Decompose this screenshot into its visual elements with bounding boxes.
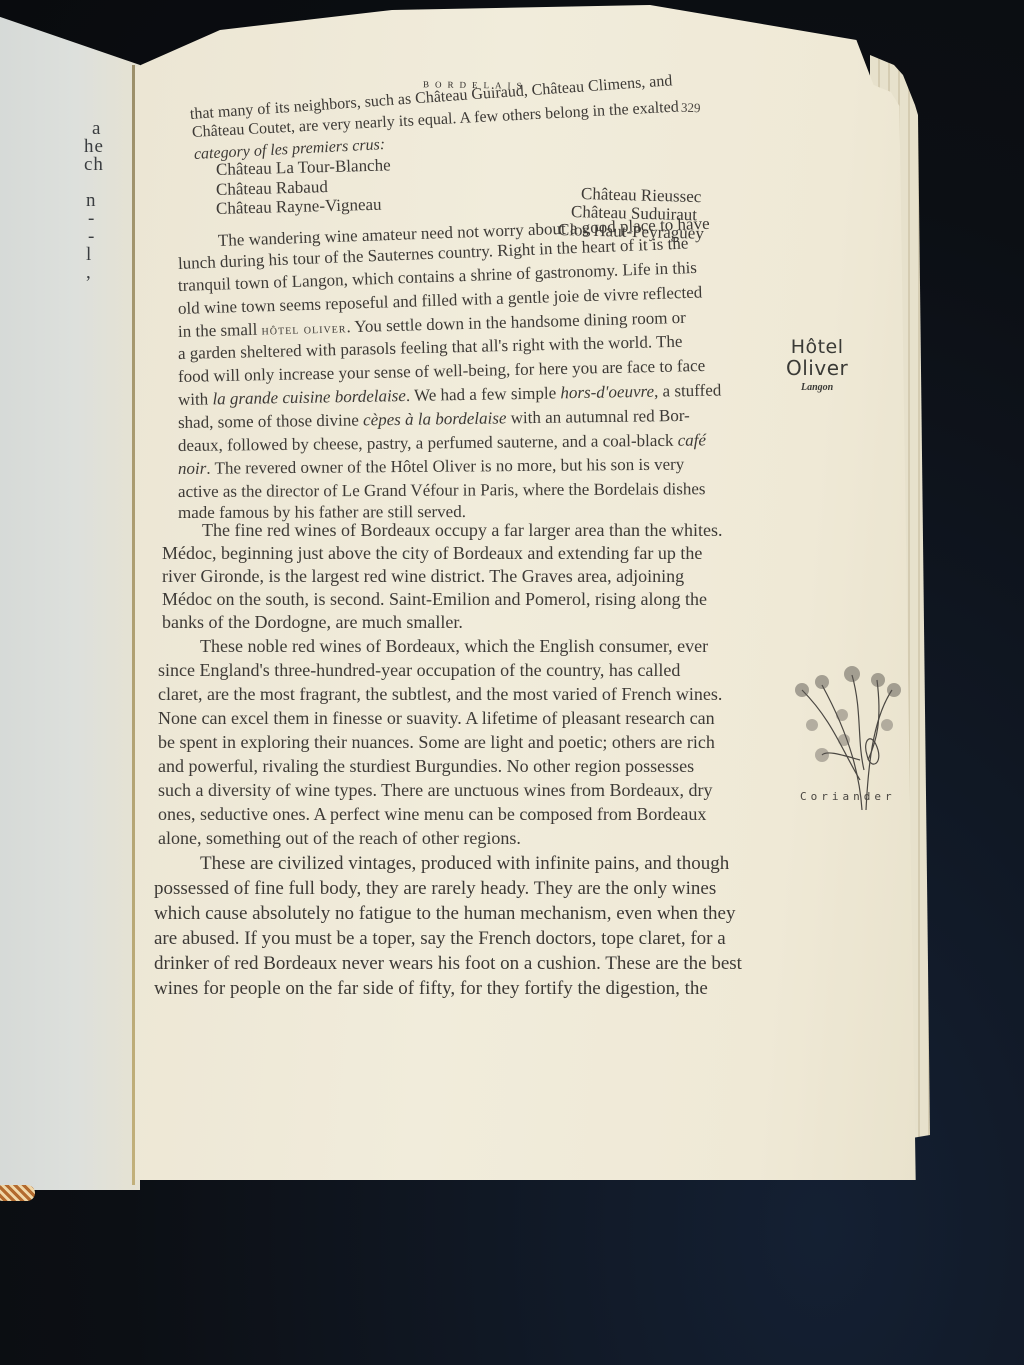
text-line: active as the director of Le Grand Véfou…: [178, 479, 706, 502]
text-line: These noble red wines of Bordeaux, which…: [200, 636, 708, 657]
sidenote-line: Oliver: [786, 356, 848, 380]
text-line: deaux, followed by cheese, pastry, a per…: [178, 430, 706, 456]
text-line: banks of the Dordogne, are much smaller.: [162, 612, 463, 633]
text-line: river Gironde, is the largest red wine d…: [162, 566, 684, 587]
text-line: None can excel them in finesse or suavit…: [158, 708, 715, 729]
sidenote-location: Langon: [786, 382, 848, 393]
text-line: alone, something out of the reach of oth…: [158, 828, 521, 849]
text-line: These are civilized vintages, produced w…: [200, 853, 729, 875]
sidenote-line: Hôtel: [786, 336, 848, 358]
text-line: The fine red wines of Bordeaux occupy a …: [202, 520, 722, 541]
text-line: such a diversity of wine types. There ar…: [158, 780, 713, 801]
margin-sidenote: Hôtel Oliver Langon: [786, 336, 848, 393]
page-number: 329: [681, 100, 701, 117]
text-line: wines for people on the far side of fift…: [154, 978, 708, 1000]
coriander-plant-illustration: [782, 660, 912, 810]
chateau-list-item: Château La Tour-Blanche: [216, 155, 391, 180]
text-line: claret, are the most fragrant, the subtl…: [158, 684, 722, 705]
text-line: since England's three-hundred-year occup…: [158, 660, 680, 681]
text-line: Médoc, beginning just above the city of …: [162, 543, 702, 564]
text-line: be spent in exploring their nuances. Som…: [158, 732, 715, 753]
text-line: shad, some of those divine cèpes à la bo…: [178, 406, 690, 433]
text-line: are abused. If you must be a toper, say …: [154, 928, 726, 950]
illustration-caption: Coriander: [800, 790, 896, 803]
text-line: which cause absolutely no fatigue to the…: [154, 903, 735, 925]
text-line: possessed of fine full body, they are ra…: [154, 878, 716, 900]
text-line: and powerful, rivaling the sturdiest Bur…: [158, 756, 694, 777]
text-line: drinker of red Bordeaux never wears his …: [154, 953, 742, 975]
page-content: BORDELAIS 329 that many of its neighbors…: [0, 0, 1024, 1365]
text-line: ones, seductive ones. A perfect wine men…: [158, 804, 706, 825]
chateau-list-item: Château Rayne-Vigneau: [216, 195, 382, 219]
text-line: noir. The revered owner of the Hôtel Oli…: [178, 455, 684, 479]
text-line: Médoc on the south, is second. Saint-Emi…: [162, 589, 707, 610]
